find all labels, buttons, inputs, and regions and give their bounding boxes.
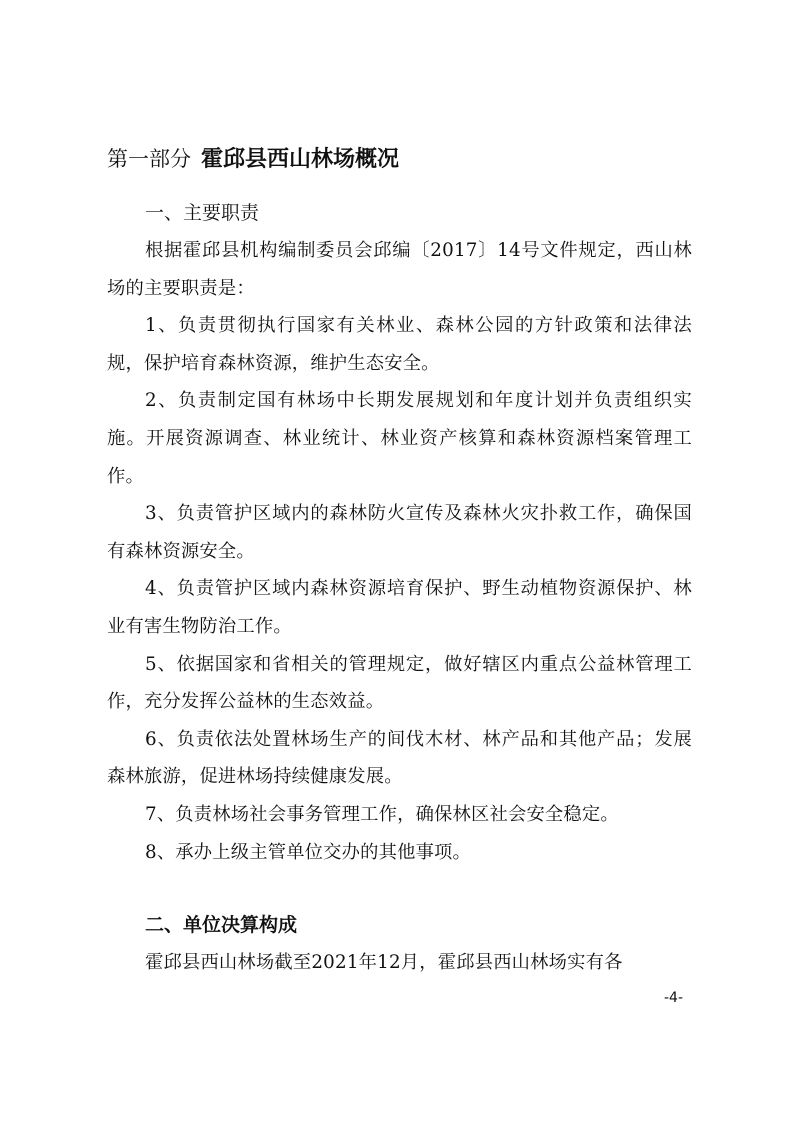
paragraph: 3、负责管护区域内的森林防火宣传及森林火灾扑救工作，确保国有森林资源安全。	[107, 495, 692, 570]
part-label: 第一部分	[107, 147, 191, 171]
section-heading-composition: 二、单位决算构成	[107, 907, 692, 944]
paragraph: 8、承办上级主管单位交办的其他事项。	[107, 834, 692, 872]
paragraph: 根据霍邱县机构编制委员会邱编〔2017〕14号文件规定，西山林场的主要职责是：	[107, 232, 692, 307]
composition-body: 霍邱县西山林场截至2021年12月，霍邱县西山林场实有各	[107, 944, 692, 982]
document-page: 第一部分霍邱县西山林场概况 一、主要职责 根据霍邱县机构编制委员会邱编〔2017…	[107, 142, 692, 982]
page-number: -4-	[664, 990, 683, 1006]
paragraph: 6、负责依法处置林场生产的间伐木材、林产品和其他产品；发展森林旅游，促进林场持续…	[107, 721, 692, 796]
part-title: 第一部分霍邱县西山林场概况	[107, 142, 692, 177]
part-name: 霍邱县西山林场概况	[201, 147, 399, 172]
duties-body: 根据霍邱县机构编制委员会邱编〔2017〕14号文件规定，西山林场的主要职责是： …	[107, 232, 692, 871]
section-spacer	[107, 871, 692, 907]
paragraph: 霍邱县西山林场截至2021年12月，霍邱县西山林场实有各	[107, 944, 692, 982]
paragraph: 7、负责林场社会事务管理工作，确保林区社会安全稳定。	[107, 796, 692, 834]
paragraph: 1、负责贯彻执行国家有关林业、森林公园的方针政策和法律法规，保护培育森林资源，维…	[107, 307, 692, 382]
paragraph: 4、负责管护区域内森林资源培育保护、野生动植物资源保护、林业有害生物防治工作。	[107, 570, 692, 645]
paragraph: 2、负责制定国有林场中长期发展规划和年度计划并负责组织实施。开展资源调查、林业统…	[107, 382, 692, 495]
section-heading-duties: 一、主要职责	[107, 195, 692, 232]
paragraph: 5、依据国家和省相关的管理规定，做好辖区内重点公益林管理工作，充分发挥公益林的生…	[107, 646, 692, 721]
